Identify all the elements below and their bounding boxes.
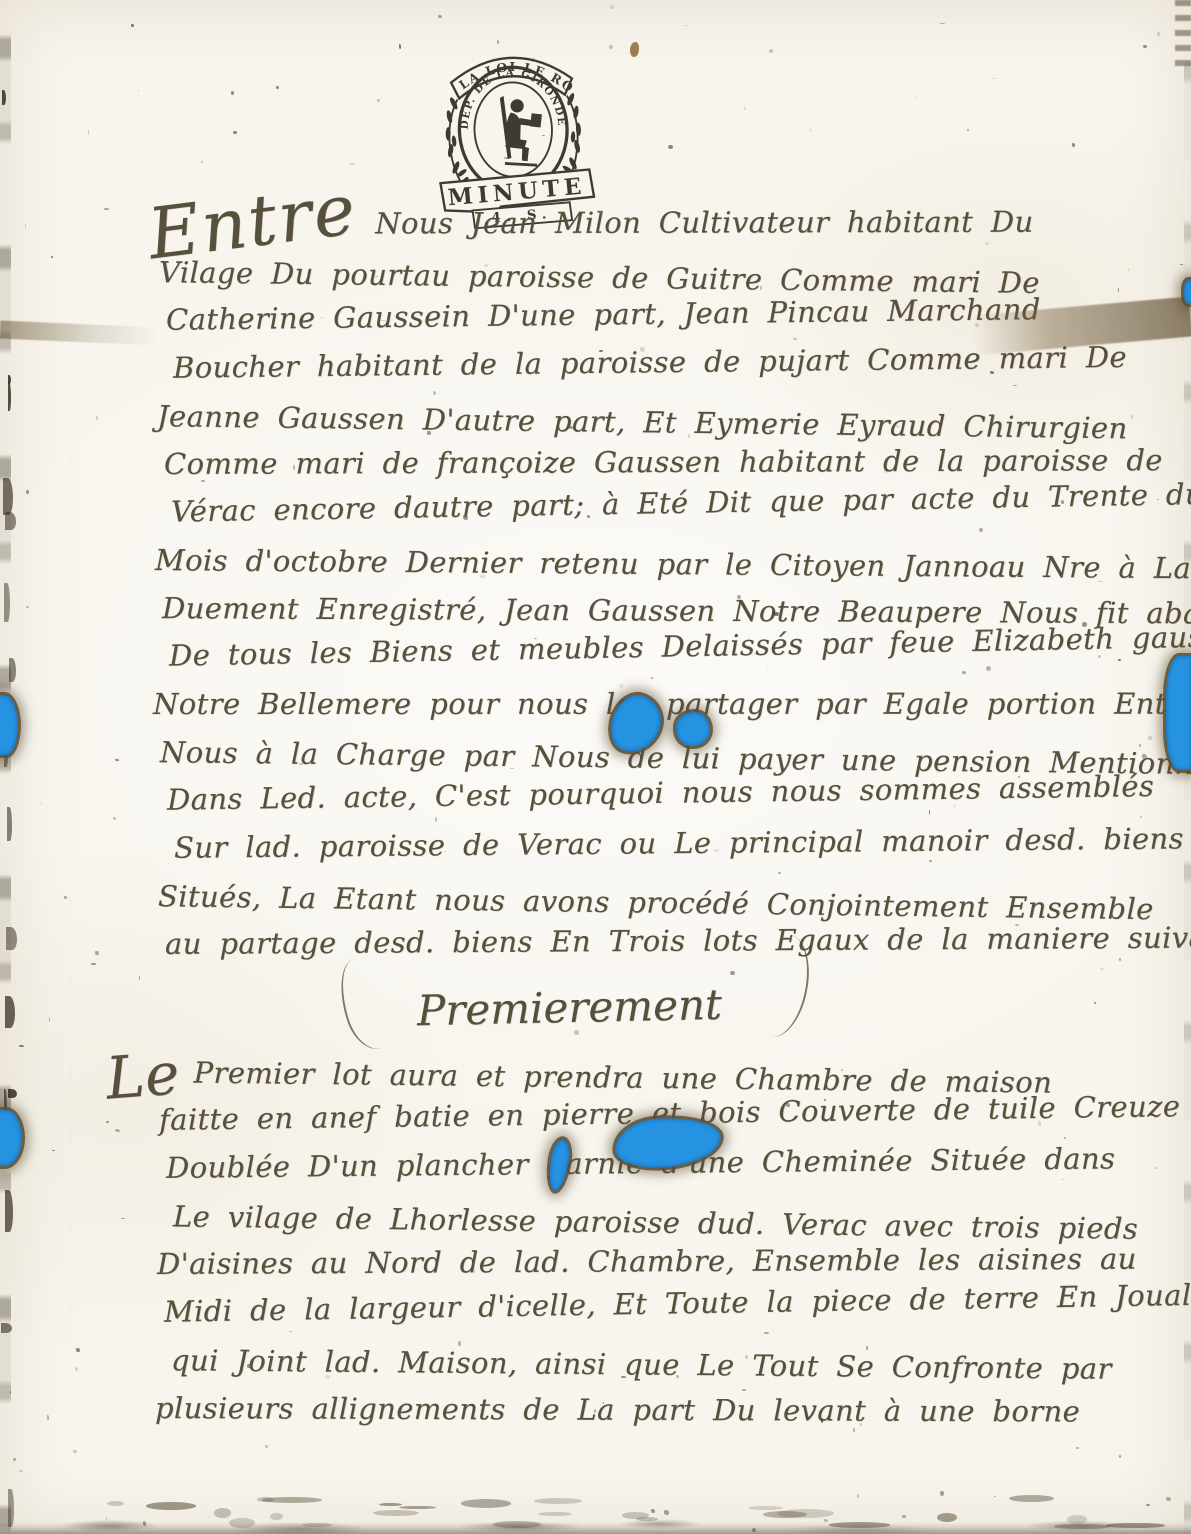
paper-speck: [668, 145, 673, 149]
paper-speck: [19, 1470, 23, 1472]
paper-speck: [377, 99, 380, 102]
paper-speck: [265, 1445, 267, 1448]
paper-speck: [609, 45, 613, 49]
paper-hole: [676, 712, 710, 746]
paper-speck: [1180, 264, 1183, 265]
paper-speck: [1076, 1447, 1080, 1449]
paper-speck: [47, 1415, 49, 1420]
ink-stain: [630, 42, 639, 57]
paper-speck: [1143, 45, 1147, 48]
paper-speck: [139, 976, 140, 981]
manuscript-line: au partage desd. biens En Trois lots Ega…: [148, 914, 1160, 968]
paper-speck: [91, 963, 96, 965]
paper-speck: [113, 817, 116, 820]
paper-speck: [41, 801, 42, 805]
paper-speck: [610, 5, 615, 9]
paper-speck: [810, 129, 811, 131]
paper-hole: [0, 695, 18, 755]
decorative-initial: Le: [106, 1073, 179, 1079]
paper-speck: [744, 107, 746, 110]
manuscript-line: Sur lad. paroisse de Verac ou Le princip…: [148, 815, 1160, 872]
smudged-bottom-edge: [0, 1496, 1191, 1534]
manuscript-page: LA LOI LE ROI DEP. DE LA GIRONDE MINUTE …: [0, 0, 1191, 1534]
paper-speck: [201, 161, 202, 164]
paper-speck: [25, 224, 27, 229]
paper-speck: [1157, 32, 1161, 35]
paper-speck: [76, 1348, 80, 1351]
paper-speck: [1119, 1455, 1121, 1458]
paper-hole: [1166, 656, 1191, 770]
manuscript-line: Mois d'octobre Dernier retenu par le Cit…: [148, 536, 1160, 592]
paper-speck: [75, 1367, 78, 1371]
paper-speck: [1072, 143, 1075, 147]
paper-speck: [26, 606, 28, 608]
paper-speck: [276, 86, 279, 90]
paper-speck: [940, 1491, 944, 1496]
manuscript-text: EntreNous Jean Milon Cultivateur habitan…: [148, 200, 1160, 1432]
paper-speck: [967, 129, 969, 131]
paper-speck: [73, 1450, 77, 1453]
opening-paragraph: EntreNous Jean Milon Cultivateur habitan…: [148, 200, 1160, 968]
paper-speck: [52, 1150, 55, 1151]
decorative-initial: Entre: [149, 209, 357, 235]
paper-speck: [138, 90, 139, 92]
ink-stain: [0, 321, 158, 346]
paper-speck: [916, 97, 917, 98]
paper-speck: [96, 416, 98, 420]
section-heading-row: Premierement: [148, 968, 1160, 1048]
paper-speck: [13, 1458, 17, 1462]
paper-speck: [769, 49, 773, 53]
paper-speck: [131, 24, 133, 27]
manuscript-line: plusieurs allignements de La part Du lev…: [148, 1384, 1160, 1436]
paper-speck: [684, 25, 688, 26]
paper-speck: [19, 1045, 24, 1047]
paper-speck: [115, 759, 119, 761]
paper-speck: [51, 256, 52, 257]
paper-hole: [0, 1110, 22, 1166]
paper-speck: [992, 78, 995, 79]
paper-hole: [1184, 280, 1191, 304]
paper-speck: [95, 951, 99, 955]
paper-speck: [64, 896, 67, 899]
section-heading: Premierement: [416, 965, 722, 1051]
paper-speck: [350, 163, 355, 165]
paper-speck: [49, 1017, 50, 1022]
paper-speck: [121, 1218, 125, 1220]
paper-speck: [26, 490, 29, 494]
manuscript-line: Boucher habitant de la paroisse de pujar…: [148, 333, 1160, 392]
manuscript-line-text: Nous Jean Milon Cultivateur habitant Du: [375, 205, 1033, 241]
paper-speck: [104, 208, 109, 210]
paper-speck: [88, 130, 89, 135]
manuscript-line: EntreNous Jean Milon Cultivateur habitan…: [148, 197, 1160, 248]
paper-speck: [1172, 879, 1173, 881]
paper-speck: [399, 44, 401, 49]
paper-speck: [231, 91, 234, 94]
first-lot-paragraph: LePremier lot aura et prendra une Chambr…: [148, 1048, 1160, 1432]
paper-speck: [940, 23, 944, 25]
paper-speck: [106, 1121, 109, 1124]
seated-figure-icon: [500, 95, 544, 168]
paper-speck: [115, 1129, 120, 1132]
torn-left-edge: [0, 0, 11, 1534]
paper-speck: [233, 131, 238, 133]
